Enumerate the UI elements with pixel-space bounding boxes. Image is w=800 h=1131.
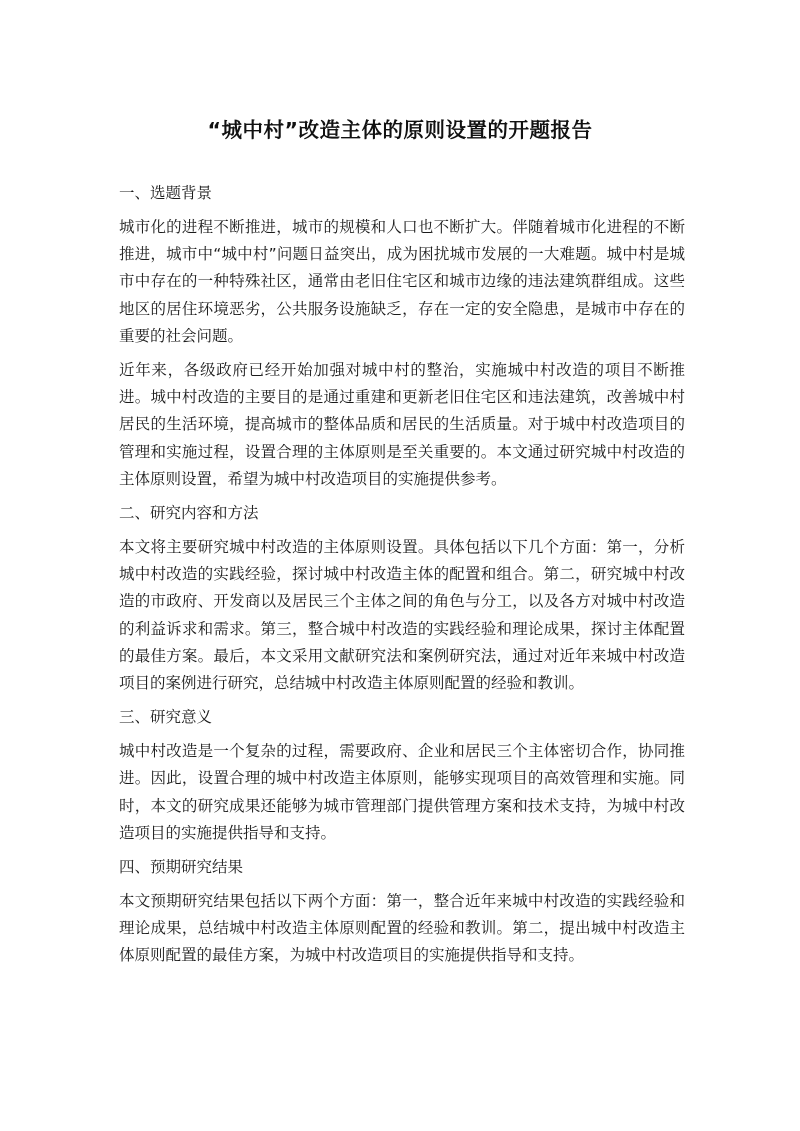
section-expected-results: 四、预期研究结果 本文预期研究结果包括以下两个方面：第一，整合近年来城中村改造的… — [119, 854, 685, 970]
paragraph: 城市化的进程不断推进，城市的规模和人口也不断扩大。伴随着城市化进程的不断推进，城… — [119, 214, 685, 350]
document-title: “城中村”改造主体的原则设置的开题报告 — [0, 115, 800, 145]
paragraph: 本文将主要研究城中村改造的主体原则设置。具体包括以下几个方面：第一，分析城中村改… — [119, 534, 685, 697]
document-page: “城中村”改造主体的原则设置的开题报告 一、选题背景 城市化的进程不断推进，城市… — [0, 0, 800, 1131]
paragraph: 本文预期研究结果包括以下两个方面：第一，整合近年来城中村改造的实践经验和理论成果… — [119, 888, 685, 970]
section-heading: 四、预期研究结果 — [119, 854, 685, 881]
section-content-and-methods: 二、研究内容和方法 本文将主要研究城中村改造的主体原则设置。具体包括以下几个方面… — [119, 500, 685, 697]
paragraph: 城中村改造是一个复杂的过程，需要政府、企业和居民三个主体密切合作，协同推进。因此… — [119, 738, 685, 847]
document-body: 一、选题背景 城市化的进程不断推进，城市的规模和人口也不断扩大。伴随着城市化进程… — [119, 180, 685, 977]
section-heading: 一、选题背景 — [119, 180, 685, 207]
section-background: 一、选题背景 城市化的进程不断推进，城市的规模和人口也不断扩大。伴随着城市化进程… — [119, 180, 685, 493]
paragraph: 近年来，各级政府已经开始加强对城中村的整治，实施城中村改造的项目不断推进。城中村… — [119, 357, 685, 493]
section-significance: 三、研究意义 城中村改造是一个复杂的过程，需要政府、企业和居民三个主体密切合作，… — [119, 704, 685, 847]
section-heading: 二、研究内容和方法 — [119, 500, 685, 527]
section-heading: 三、研究意义 — [119, 704, 685, 731]
